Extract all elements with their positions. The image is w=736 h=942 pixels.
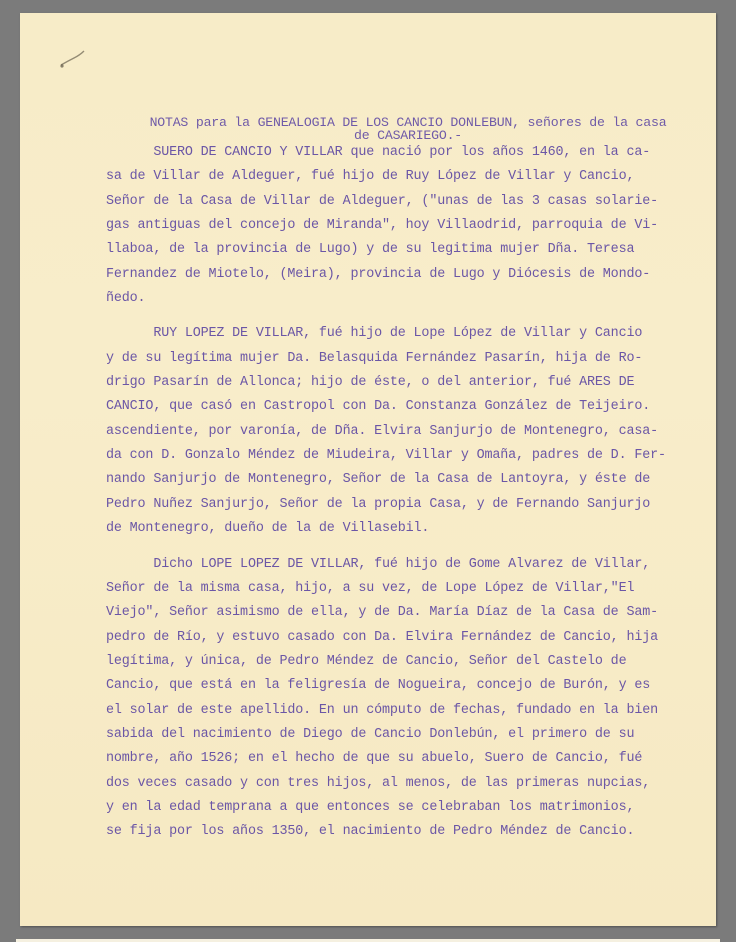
text-line: y en la edad temprana a que entonces se … (106, 796, 706, 820)
ink-smudge-mark (58, 49, 88, 69)
text-line: legítima, y única, de Pedro Méndez de Ca… (106, 650, 706, 674)
paragraph-ruy-lopez: RUY LOPEZ DE VILLAR, fué hijo de Lope Ló… (106, 322, 706, 541)
text-line: Dicho LOPE LOPEZ DE VILLAR, fué hijo de … (106, 553, 706, 577)
text-line: ascendiente, por varonía, de Dña. Elvira… (106, 420, 706, 444)
document-body: SUERO DE CANCIO Y VILLAR que nació por l… (106, 141, 706, 845)
text-line: nombre, año 1526; en el hecho de que su … (106, 747, 706, 771)
text-line: sa de Villar de Aldeguer, fué hijo de Ru… (106, 165, 706, 189)
text-line: Cancio, que está en la feligresía de Nog… (106, 674, 706, 698)
text-line: CANCIO, que casó en Castropol con Da. Co… (106, 395, 706, 419)
text-line: el solar de este apellido. En un cómputo… (106, 699, 706, 723)
text-line: Pedro Nuñez Sanjurjo, Señor de la propia… (106, 493, 706, 517)
text-line: sabida del nacimiento de Diego de Cancio… (106, 723, 706, 747)
text-line: pedro de Río, y estuvo casado con Da. El… (106, 626, 706, 650)
text-line: SUERO DE CANCIO Y VILLAR que nació por l… (106, 141, 706, 165)
paragraph-spacer (106, 542, 706, 553)
text-line: y de su legítima mujer Da. Belasquida Fe… (106, 347, 706, 371)
text-line: drigo Pasarín de Allonca; hijo de éste, … (106, 371, 706, 395)
paragraph-suero: SUERO DE CANCIO Y VILLAR que nació por l… (106, 141, 706, 311)
text-line: llaboa, de la provincia de Lugo) y de su… (106, 238, 706, 262)
text-line: gas antiguas del concejo de Miranda", ho… (106, 214, 706, 238)
text-line: da con D. Gonzalo Méndez de Miudeira, Vi… (106, 444, 706, 468)
text-line: dos veces casado y con tres hijos, al me… (106, 772, 706, 796)
text-line: RUY LOPEZ DE VILLAR, fué hijo de Lope Ló… (106, 322, 706, 346)
paragraph-lope-lopez: Dicho LOPE LOPEZ DE VILLAR, fué hijo de … (106, 553, 706, 845)
text-line: nando Sanjurjo de Montenegro, Señor de l… (106, 468, 706, 492)
text-line: Señor de la Casa de Villar de Aldeguer, … (106, 190, 706, 214)
text-line: Viejo", Señor asimismo de ella, y de Da.… (106, 601, 706, 625)
text-line: se fija por los años 1350, el nacimiento… (106, 820, 706, 844)
text-line: de Montenegro, dueño de la de Villasebil… (106, 517, 706, 541)
document-title: NOTAS para la GENEALOGIA DE LOS CANCIO D… (128, 116, 688, 142)
text-line: Fernandez de Miotelo, (Meira), provincia… (106, 263, 706, 287)
paragraph-spacer (106, 311, 706, 322)
text-line: Señor de la misma casa, hijo, a su vez, … (106, 577, 706, 601)
text-line: ñedo. (106, 287, 706, 311)
